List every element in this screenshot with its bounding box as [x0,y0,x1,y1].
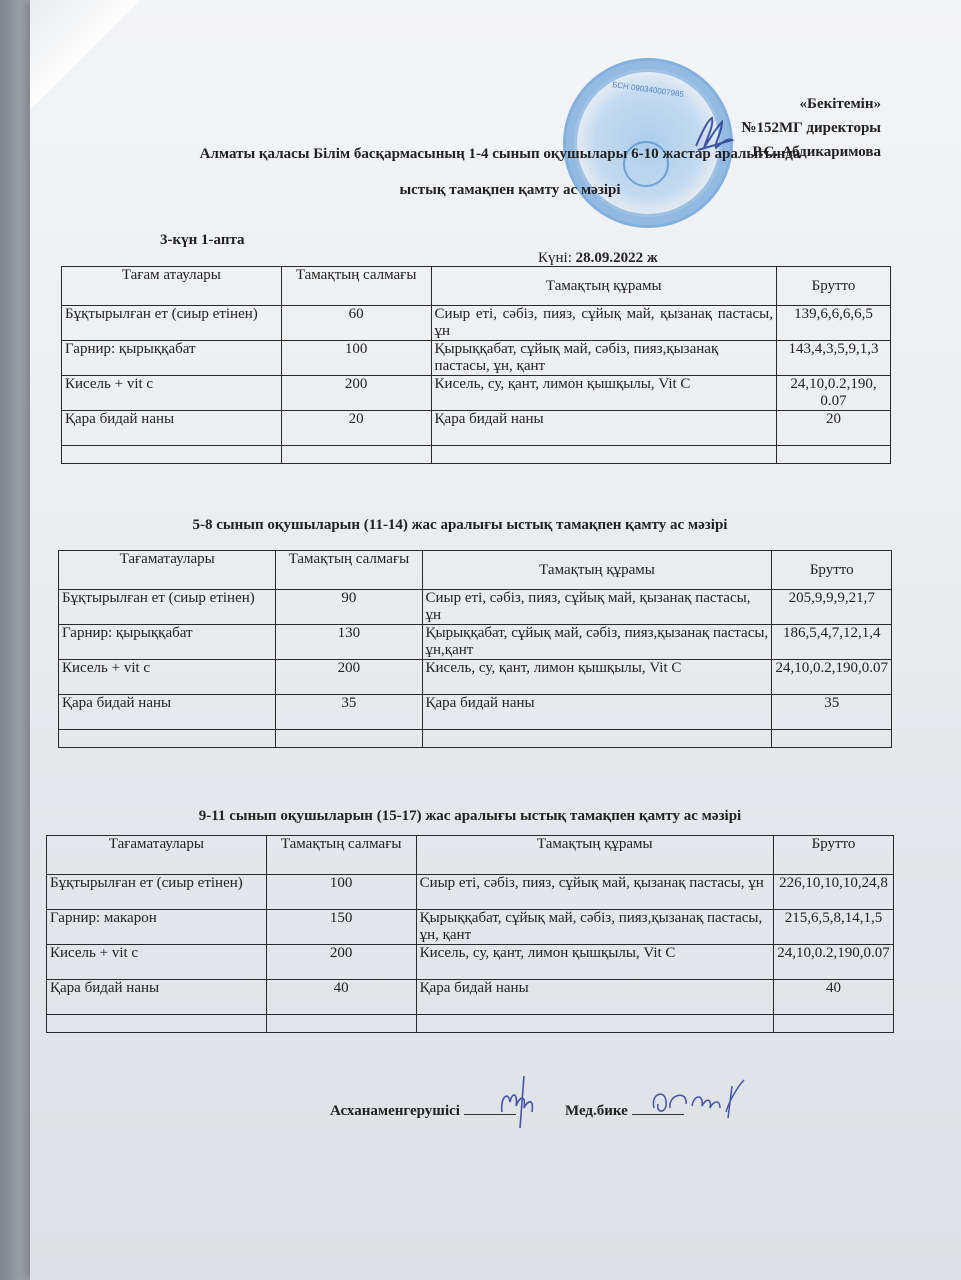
dish-name-cell: Бұқтырылған ет (сиыр етінен) [62,306,282,341]
approval-heading: «Бекітемін» [741,92,881,116]
empty-cell [276,730,422,748]
col-header-weight: Тамақтың салмағы [276,551,422,590]
brutto-cell: 186,5,4,7,12,1,4 [772,625,892,660]
empty-cell [62,446,282,464]
dish-name-cell: Қара бидай наны [47,980,267,1015]
table-row: Гарнир: қырыққабат130Қырыққабат, сұйық м… [59,625,892,660]
table-row: Бұқтырылған ет (сиыр етінен)60Сиыр еті, … [62,306,891,341]
weight-cell: 200 [281,376,431,411]
empty-cell [266,1015,416,1033]
composition-cell: Қара бидай наны [431,411,776,446]
weight-cell: 200 [266,945,416,980]
cook-label: Асханаменгерушісі [330,1103,460,1119]
col-header-dish: Тағам атаулары [62,267,282,306]
table-row: Қара бидай наны35Қара бидай наны35 [59,695,892,730]
col-header-composition: Тамақтың құрамы [431,267,776,306]
composition-cell: Қара бидай наны [416,980,773,1015]
approval-position: №152МГ директоры [741,116,881,140]
brutto-cell: 24,10,0.2,190,0.07 [773,945,893,980]
empty-cell [772,730,892,748]
composition-cell: Кисель, су, қант, лимон қышқылы, Vit C [431,376,776,411]
brutto-cell: 24,10,0.2,190, 0.07 [777,376,891,411]
day-week-label: 3-күн 1-апта [160,232,245,249]
dish-name-cell: Кисель + vit c [62,376,282,411]
dish-name-cell: Қара бидай наны [59,695,276,730]
composition-cell: Қырыққабат, сұйық май, сәбіз, пияз,қызан… [422,625,772,660]
brutto-cell: 226,10,10,10,24,8 [773,875,893,910]
table-row-empty [62,446,891,464]
menu-table-grades-1-4: Тағам атаулары Тамақтың салмағы Тамақтың… [61,266,891,464]
col-header-brutto: Брутто [777,267,891,306]
menu-table-grades-9-11: Тағаматаулары Тамақтың салмағы Тамақтың … [46,835,894,1033]
weight-cell: 40 [266,980,416,1015]
weight-cell: 150 [266,910,416,945]
brutto-cell: 24,10,0.2,190,0.07 [772,660,892,695]
weight-cell: 100 [281,341,431,376]
col-header-weight: Тамақтың салмағы [266,836,416,875]
empty-cell [59,730,276,748]
composition-cell: Кисель, су, қант, лимон қышқылы, Vit C [416,945,773,980]
nurse-label: Мед.бике [565,1103,628,1119]
weight-cell: 100 [266,875,416,910]
section-title-grades-5-8: 5-8 сынып оқушыларын (11-14) жас аралығы… [140,517,780,534]
cook-signature-icon [494,1072,544,1128]
weight-cell: 130 [276,625,422,660]
nurse-signature-icon [648,1078,748,1128]
cook-signature-line: Асханаменгерушісі [330,1100,516,1120]
brutto-cell: 40 [773,980,893,1015]
table-row: Бұқтырылған ет (сиыр етінен)100Сиыр еті,… [47,875,894,910]
col-header-dish: Тағаматаулары [59,551,276,590]
composition-cell: Сиыр еті, сәбіз, пияз, сұйық май, қызана… [416,875,773,910]
table-row: Қара бидай наны20Қара бидай наны20 [62,411,891,446]
dish-name-cell: Қара бидай наны [62,411,282,446]
dish-name-cell: Кисель + vit c [59,660,276,695]
table-row: Кисель + vit c200Кисель, су, қант, лимон… [47,945,894,980]
document-title-line2: ыстық тамақпен қамту ас мәзірі [330,182,690,199]
weight-cell: 35 [276,695,422,730]
empty-cell [422,730,772,748]
menu-table-grades-5-8: Тағаматаулары Тамақтың салмағы Тамақтың … [58,550,892,748]
empty-cell [47,1015,267,1033]
col-header-brutto: Брутто [773,836,893,875]
col-header-weight: Тамақтың салмағы [281,267,431,306]
table-row: Гарнир: қырыққабат100Қырыққабат, сұйық м… [62,341,891,376]
composition-cell: Қара бидай наны [422,695,772,730]
col-header-brutto: Брутто [772,551,892,590]
brutto-cell: 205,9,9,9,21,7 [772,590,892,625]
col-header-composition: Тамақтың құрамы [416,836,773,875]
brutto-cell: 143,4,3,5,9,1,3 [777,341,891,376]
dish-name-cell: Бұқтырылған ет (сиыр етінен) [59,590,276,625]
table-row: Гарнир: макарон150Қырыққабат, сұйық май,… [47,910,894,945]
empty-cell [777,446,891,464]
date-value: 28.09.2022 ж [576,250,658,266]
page-curl [30,0,140,110]
weight-cell: 200 [276,660,422,695]
composition-cell: Қырыққабат, сұйық май, сәбіз, пияз,қызан… [431,341,776,376]
empty-cell [431,446,776,464]
table-row: Бұқтырылған ет (сиыр етінен)90Сиыр еті, … [59,590,892,625]
brutto-cell: 35 [772,695,892,730]
table-row: Кисель + vit c200Кисель, су, қант, лимон… [59,660,892,695]
composition-cell: Сиыр еті, сәбіз, пияз, сұйық май, қызана… [431,306,776,341]
dish-name-cell: Кисель + vit c [47,945,267,980]
composition-cell: Қырыққабат, сұйық май, сәбіз, пияз,қызан… [416,910,773,945]
weight-cell: 60 [281,306,431,341]
empty-cell [773,1015,893,1033]
dish-name-cell: Бұқтырылған ет (сиыр етінен) [47,875,267,910]
date-row: Күні: 28.09.2022 ж [538,250,658,267]
dish-name-cell: Гарнир: макарон [47,910,267,945]
section-title-grades-9-11: 9-11 сынып оқушыларын (15-17) жас аралығ… [140,808,800,825]
composition-cell: Сиыр еті, сәбіз, пияз, сұйық май, қызана… [422,590,772,625]
weight-cell: 20 [281,411,431,446]
composition-cell: Кисель, су, қант, лимон қышқылы, Vit C [422,660,772,695]
document-title-line1: Алматы қаласы Білім басқармасының 1-4 сы… [60,146,940,163]
empty-cell [281,446,431,464]
table-row-empty [59,730,892,748]
table-row: Кисель + vit c200Кисель, су, қант, лимон… [62,376,891,411]
table-row: Қара бидай наны40Қара бидай наны40 [47,980,894,1015]
dish-name-cell: Гарнир: қырыққабат [59,625,276,660]
brutto-cell: 20 [777,411,891,446]
col-header-composition: Тамақтың құрамы [422,551,772,590]
brutto-cell: 139,6,6,6,6,5 [777,306,891,341]
weight-cell: 90 [276,590,422,625]
col-header-dish: Тағаматаулары [47,836,267,875]
table-row-empty [47,1015,894,1033]
dish-name-cell: Гарнир: қырыққабат [62,341,282,376]
date-label: Күні: [538,250,572,266]
empty-cell [416,1015,773,1033]
brutto-cell: 215,6,5,8,14,1,5 [773,910,893,945]
